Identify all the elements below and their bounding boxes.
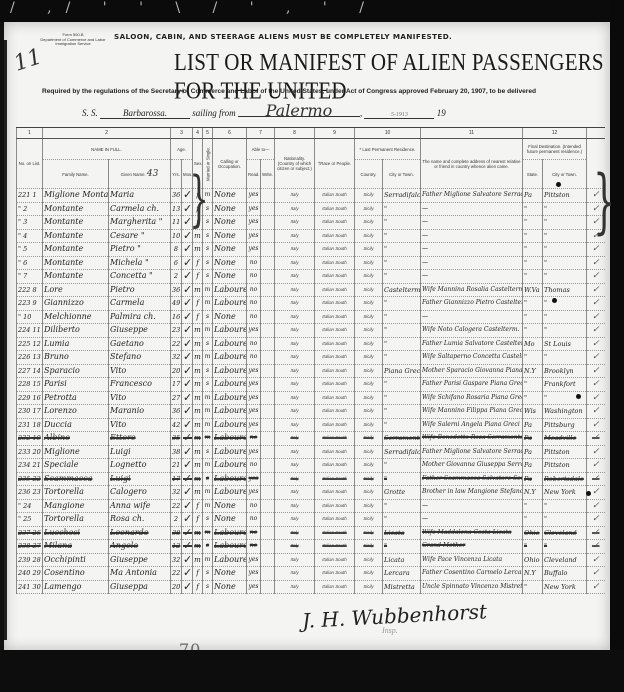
col-age: Age. (171, 139, 193, 160)
col-dest-city: City or Town. (543, 160, 587, 189)
calling: Labourer (213, 553, 247, 567)
dest-city: Pittston (543, 459, 587, 473)
can-read: no (247, 540, 261, 554)
dest-city: " (543, 499, 587, 513)
relative: Father Cosentino Carmelo Lercara (421, 567, 523, 581)
dest-city: Pittsburg (543, 418, 587, 432)
calling: Labourer (213, 472, 247, 486)
relative: Wife Mannina Rosalia Castelterm. (421, 283, 523, 297)
race: Italian South (315, 243, 355, 257)
given-name: Stefano (109, 351, 171, 365)
given-name: Pietro (109, 283, 171, 297)
dest-state: N.Y (523, 486, 543, 500)
marital-status: s (203, 540, 213, 554)
list-number: " 25 (17, 513, 43, 527)
family-name: Lore (43, 283, 109, 297)
calling: None (213, 256, 247, 270)
dest-city: " (543, 229, 587, 243)
calling: None (213, 499, 247, 513)
relative: Wife Noto Calogera Castelterm. (421, 324, 523, 338)
family-name: Montante (43, 216, 109, 230)
can-read: no (247, 310, 261, 324)
country: Sicily (355, 283, 383, 297)
race: Italian South (315, 310, 355, 324)
country: Sicily (355, 310, 383, 324)
age-years: 38 (171, 445, 182, 459)
col-race: †Race or People. (315, 139, 355, 189)
city: " (383, 499, 421, 513)
list-number: 235 22 (17, 472, 43, 486)
dest-city: New York (543, 486, 587, 500)
dest-city: " (543, 270, 587, 284)
nationality: Italy (275, 486, 315, 500)
relative: — (421, 243, 523, 257)
sex: m (193, 283, 203, 297)
tick-icon: ✓ (587, 553, 605, 567)
race: Italian South (315, 297, 355, 311)
relative: Father Lumia Salvatore Castelterm. (421, 337, 523, 351)
relative: Grand Mother (421, 540, 523, 554)
given-name: Anna wife (109, 499, 171, 513)
list-number: " 7 (17, 270, 43, 284)
sex: m (193, 405, 203, 419)
table-row: 228 15 Parisi Francesco 17 ✓ m s Laboure… (17, 378, 605, 392)
tick-icon: ✓ (587, 283, 605, 297)
checkmark-icon: ✓ (182, 270, 193, 284)
can-read: yes (247, 324, 261, 338)
family-name: Parisi (43, 378, 109, 392)
dest-city: " (543, 297, 587, 311)
table-row: " 7 Montante Concetta " 2 ✓ f s None no … (17, 270, 605, 284)
nationality: Italy (275, 364, 315, 378)
dest-state: Pa (523, 189, 543, 203)
family-name: Bruno (43, 351, 109, 365)
dest-city: Robertsdale (543, 472, 587, 486)
country: Sicily (355, 391, 383, 405)
country: Sicily (355, 499, 383, 513)
given-name: Lognetto (109, 459, 171, 473)
sex: m (193, 378, 203, 392)
checkmark-icon: ✓ (182, 445, 193, 459)
nationality: Italy (275, 553, 315, 567)
age-years: 36 (171, 189, 182, 203)
tick-icon: ✓ (587, 526, 605, 540)
given-name: Michela " (109, 256, 171, 270)
dest-city: New York (543, 580, 587, 594)
given-name-note: 43 (147, 169, 158, 179)
age-years: 20 (171, 364, 182, 378)
age-years: 49 (171, 297, 182, 311)
race: Italian South (315, 432, 355, 446)
sex: m (193, 391, 203, 405)
checkmark-icon: ✓ (182, 580, 193, 594)
dest-state: " (523, 351, 543, 365)
list-number: 227 14 (17, 364, 43, 378)
calling: None (213, 229, 247, 243)
city: " (383, 459, 421, 473)
given-name: Maranio (109, 405, 171, 419)
nationality: Italy (275, 472, 315, 486)
checkmark-icon: ✓ (182, 405, 193, 419)
calling: Labourer (213, 364, 247, 378)
dest-state: " (523, 243, 543, 257)
marital-status: m (203, 283, 213, 297)
table-row: 234 21 Speciale Lognetto 21 ✓ m m Labour… (17, 459, 605, 473)
country: Sicily (355, 432, 383, 446)
year-label: 19 (437, 108, 446, 118)
checkmark-icon: ✓ (182, 364, 193, 378)
sex: f (193, 256, 203, 270)
marital-status: s (203, 445, 213, 459)
given-name: Palmira ch. (109, 310, 171, 324)
checkmark-icon: ✓ (182, 432, 193, 446)
dest-state: N.Y (523, 364, 543, 378)
given-name: Ma Antonia (109, 567, 171, 581)
checkmark-icon: ✓ (182, 391, 193, 405)
dest-state: " (523, 580, 543, 594)
sex: f (193, 580, 203, 594)
marital-status: m (203, 324, 213, 338)
age-years: 32 (171, 553, 182, 567)
city: " (383, 418, 421, 432)
table-row: 230 17 Lorenzo Maranio 36 ✓ m m Labourer… (17, 405, 605, 419)
family-name: Lucchesi (43, 526, 109, 540)
given-name: Cesare " (109, 229, 171, 243)
ship-line: S. S. Barbarossa. sailing from Palermo, … (82, 106, 446, 119)
age-years: 13 (171, 202, 182, 216)
dest-city: " (543, 324, 587, 338)
calling: None (213, 189, 247, 203)
country: Sicily (355, 526, 383, 540)
list-number: 237 26 (17, 526, 43, 540)
age-years: 2 (171, 270, 182, 284)
can-read: no (247, 526, 261, 540)
age-years: 32 (171, 351, 182, 365)
scan-border-top: / ,/ ' ' \ / ' , ' / (0, 0, 624, 22)
calling: None (213, 513, 247, 527)
sex: m (193, 445, 203, 459)
city: " (383, 337, 421, 351)
family-name: Giannizzo (43, 297, 109, 311)
family-name: Albino (43, 432, 109, 446)
country: Sicily (355, 580, 383, 594)
age-years: 22 (171, 567, 182, 581)
city: " (383, 513, 421, 527)
city: " (383, 297, 421, 311)
dest-state: " (523, 391, 543, 405)
given-name: Carmela ch. (109, 202, 171, 216)
country: Sicily (355, 256, 383, 270)
race: Italian South (315, 364, 355, 378)
family-name: Montante (43, 229, 109, 243)
dest-city: " (543, 310, 587, 324)
family-name: Miglione Montante (43, 189, 109, 203)
nationality: Italy (275, 432, 315, 446)
nationality: Italy (275, 499, 315, 513)
table-row: 239 28 Occhipinti Giuseppe 32 ✓ m m Labo… (17, 553, 605, 567)
table-row: 221 1 Miglione Montante Maria 36 ✓ f m N… (17, 189, 605, 203)
given-name: Vito (109, 391, 171, 405)
column-number-row: 1 2 3 4 5 6 7 8 9 10 11 12 (17, 128, 605, 139)
family-name: Montante (43, 256, 109, 270)
marital-status: m (203, 432, 213, 446)
city: Casteltermini (383, 283, 421, 297)
dest-city: Cleveland (543, 526, 587, 540)
family-brace-icon: } (190, 164, 209, 234)
table-row: " 5 Montante Pietro " 8 ✓ m s None yes I… (17, 243, 605, 257)
relative: Mother Giovanna Giuseppa Serradifalco (421, 459, 523, 473)
list-number: 229 16 (17, 391, 43, 405)
calling: Labourer (213, 283, 247, 297)
relative: — (421, 499, 523, 513)
sex: m (193, 472, 203, 486)
relative: Father Scammacca Salvatore Serradifalco (421, 472, 523, 486)
city: Lercara (383, 567, 421, 581)
sex: f (193, 310, 203, 324)
sex: f (193, 513, 203, 527)
family-name: Montante (43, 243, 109, 257)
dest-city: Thomas (543, 283, 587, 297)
tick-icon: ✓ (587, 580, 605, 594)
table-row: " 10 Melchionne Palmira ch. 16 ✓ f s Non… (17, 310, 605, 324)
list-number: 226 13 (17, 351, 43, 365)
dest-city: " (543, 216, 587, 230)
relative: — (421, 216, 523, 230)
city: " (383, 243, 421, 257)
dest-state: " (523, 499, 543, 513)
col-calling: Calling or Occupation. (213, 139, 247, 189)
relative: Brother in law Mangione Stefano Grotte (421, 486, 523, 500)
tick-icon: ✓ (587, 256, 605, 270)
can-read: yes (247, 229, 261, 243)
can-read: yes (247, 553, 261, 567)
dest-state: Pa (523, 472, 543, 486)
list-number: " 24 (17, 499, 43, 513)
nationality: Italy (275, 540, 315, 554)
can-read: no (247, 459, 261, 473)
ss-label: S. S. (82, 108, 98, 118)
country: Sicily (355, 459, 383, 473)
table-row: 232 19 Albino Ettore 35 ✓ m m Labourer n… (17, 432, 605, 446)
country: Sicily (355, 405, 383, 419)
family-name: Montante (43, 202, 109, 216)
given-name: Ettore (109, 432, 171, 446)
list-number: 232 19 (17, 432, 43, 446)
given-name: Margherita " (109, 216, 171, 230)
calling: None (213, 580, 247, 594)
list-number: 228 15 (17, 378, 43, 392)
nationality: Italy (275, 216, 315, 230)
ink-dot (576, 394, 581, 399)
table-row: 223 9 Giannizzo Carmela 49 ✓ f m Laboure… (17, 297, 605, 311)
sex: m (193, 324, 203, 338)
race: Italian South (315, 499, 355, 513)
sex: f (193, 499, 203, 513)
checkmark-icon: ✓ (182, 324, 193, 338)
departure-date: 5-1913 (364, 112, 434, 119)
can-read: no (247, 297, 261, 311)
list-number: 223 9 (17, 297, 43, 311)
dest-city: St Louis (543, 337, 587, 351)
relative: — (421, 513, 523, 527)
race: Italian South (315, 202, 355, 216)
race: Italian South (315, 256, 355, 270)
age-years: 36 (171, 283, 182, 297)
race: Italian South (315, 324, 355, 338)
page-left-edge (4, 40, 7, 640)
dest-state: " (523, 270, 543, 284)
table-row: 225 12 Lumia Gaetano 22 ✓ m s Labourer n… (17, 337, 605, 351)
relative: Mother Sparacio Giovanna Piana Greci (421, 364, 523, 378)
dest-city: Brooklyn (543, 364, 587, 378)
race: Italian South (315, 580, 355, 594)
age-years: 22 (171, 499, 182, 513)
race: Italian South (315, 486, 355, 500)
given-name: Pietro " (109, 243, 171, 257)
dest-state: Pa (523, 418, 543, 432)
marital-status: s (203, 364, 213, 378)
scan-border-right (610, 0, 624, 692)
marital-status: m (203, 418, 213, 432)
marital-status: s (203, 337, 213, 351)
relative: Wife Maddalena Costa Licata (421, 526, 523, 540)
dest-state: Ohio (523, 553, 543, 567)
can-read: no (247, 270, 261, 284)
family-name: Scammacca (43, 472, 109, 486)
country: Sicily (355, 540, 383, 554)
race: Italian South (315, 513, 355, 527)
tick-icon: ✓ (587, 513, 605, 527)
tick-icon: ✓ (587, 459, 605, 473)
list-number: 238 27 (17, 540, 43, 554)
col-city: City or Town. (383, 160, 421, 189)
marital-status: m (203, 553, 213, 567)
marital-status: m (203, 351, 213, 365)
marital-status: m (203, 526, 213, 540)
country: Sicily (355, 189, 383, 203)
marital-status: s (203, 310, 213, 324)
given-name: Giuseppe (109, 553, 171, 567)
table-row: 231 18 Duccia Vito 42 ✓ m m Labourer yes… (17, 418, 605, 432)
checkmark-icon: ✓ (182, 472, 193, 486)
age-years: 11 (171, 216, 182, 230)
sex: m (193, 337, 203, 351)
family-name: Petrotta (43, 391, 109, 405)
nationality: Italy (275, 337, 315, 351)
city: " (383, 405, 421, 419)
calling: None (213, 270, 247, 284)
tick-icon: ✓ (587, 540, 605, 554)
sex: m (193, 459, 203, 473)
table-row: 222 8 Lore Pietro 36 ✓ m m Labourer no I… (17, 283, 605, 297)
list-number: " 3 (17, 216, 43, 230)
calling: Labourer (213, 297, 247, 311)
family-name: Lorenzo (43, 405, 109, 419)
nationality: Italy (275, 310, 315, 324)
destination-brace-icon: } (593, 160, 615, 242)
tick-icon: ✓ (587, 418, 605, 432)
marital-status: s (203, 472, 213, 486)
list-number: 240 29 (17, 567, 43, 581)
manifest-rows: 221 1 Miglione Montante Maria 36 ✓ f m N… (17, 189, 605, 594)
nationality: Italy (275, 229, 315, 243)
tick-icon: ✓ (587, 432, 605, 446)
can-read: no (247, 499, 261, 513)
dest-state: Ohio (523, 526, 543, 540)
age-years: 38 (171, 526, 182, 540)
list-number: " 10 (17, 310, 43, 324)
checkmark-icon: ✓ (182, 351, 193, 365)
relative: Father Giannizzo Pietro Castelterm. (421, 297, 523, 311)
can-read: no (247, 513, 261, 527)
family-name: Montante (43, 270, 109, 284)
ship-name: Barbarossa. (100, 108, 190, 119)
sex: m (193, 540, 203, 554)
nationality: Italy (275, 270, 315, 284)
race: Italian South (315, 472, 355, 486)
table-row: " 24 Mangione Anna wife 22 ✓ f m None no… (17, 499, 605, 513)
relative: — (421, 310, 523, 324)
can-read: yes (247, 445, 261, 459)
table-row: " 6 Montante Michela " 6 ✓ f s None no I… (17, 256, 605, 270)
calling: Labourer (213, 432, 247, 446)
tick-icon: ✓ (587, 324, 605, 338)
race: Italian South (315, 405, 355, 419)
dest-city: Frankfort (543, 378, 587, 392)
dest-state: Pa (523, 445, 543, 459)
race: Italian South (315, 418, 355, 432)
table-row: 233 20 Miglione Luigi 38 ✓ m s Labourer … (17, 445, 605, 459)
dest-city: " (543, 202, 587, 216)
can-read: yes (247, 567, 261, 581)
family-name: Miglione (43, 445, 109, 459)
can-read: yes (247, 472, 261, 486)
country: Sicily (355, 324, 383, 338)
city: " (383, 540, 421, 554)
list-number: 241 30 (17, 580, 43, 594)
sex: f (193, 297, 203, 311)
city: " (383, 351, 421, 365)
age-years: 17 (171, 378, 182, 392)
table-row: " 4 Montante Cesare " 10 ✓ m s None yes … (17, 229, 605, 243)
nationality: Italy (275, 324, 315, 338)
dest-city: Pittston (543, 189, 587, 203)
race: Italian South (315, 445, 355, 459)
city: Mistretta (383, 580, 421, 594)
list-number: 239 28 (17, 553, 43, 567)
nationality: Italy (275, 405, 315, 419)
col-nationality: Nationality. (Country of which citizen o… (275, 139, 315, 189)
family-name: Mangione (43, 499, 109, 513)
list-number: 221 1 (17, 189, 43, 203)
col-relative: The name and complete address of nearest… (421, 139, 523, 189)
country: Sicily (355, 567, 383, 581)
country: Sicily (355, 553, 383, 567)
table-row: 227 14 Sparacio Vito 20 ✓ m s Labourer y… (17, 364, 605, 378)
dest-state: " (523, 297, 543, 311)
table-row: 240 29 Cosentino Ma Antonia 22 ✓ f s Non… (17, 567, 605, 581)
dest-state: " (523, 378, 543, 392)
nationality: Italy (275, 297, 315, 311)
dest-state: Mo (523, 337, 543, 351)
regulation-text: Required by the regulations of the Secre… (42, 88, 536, 95)
family-name: Occhipinti (43, 553, 109, 567)
dest-state: " (523, 310, 543, 324)
tick-icon: ✓ (587, 405, 605, 419)
family-name: Milana (43, 540, 109, 554)
checkmark-icon: ✓ (182, 283, 193, 297)
can-read: yes (247, 243, 261, 257)
